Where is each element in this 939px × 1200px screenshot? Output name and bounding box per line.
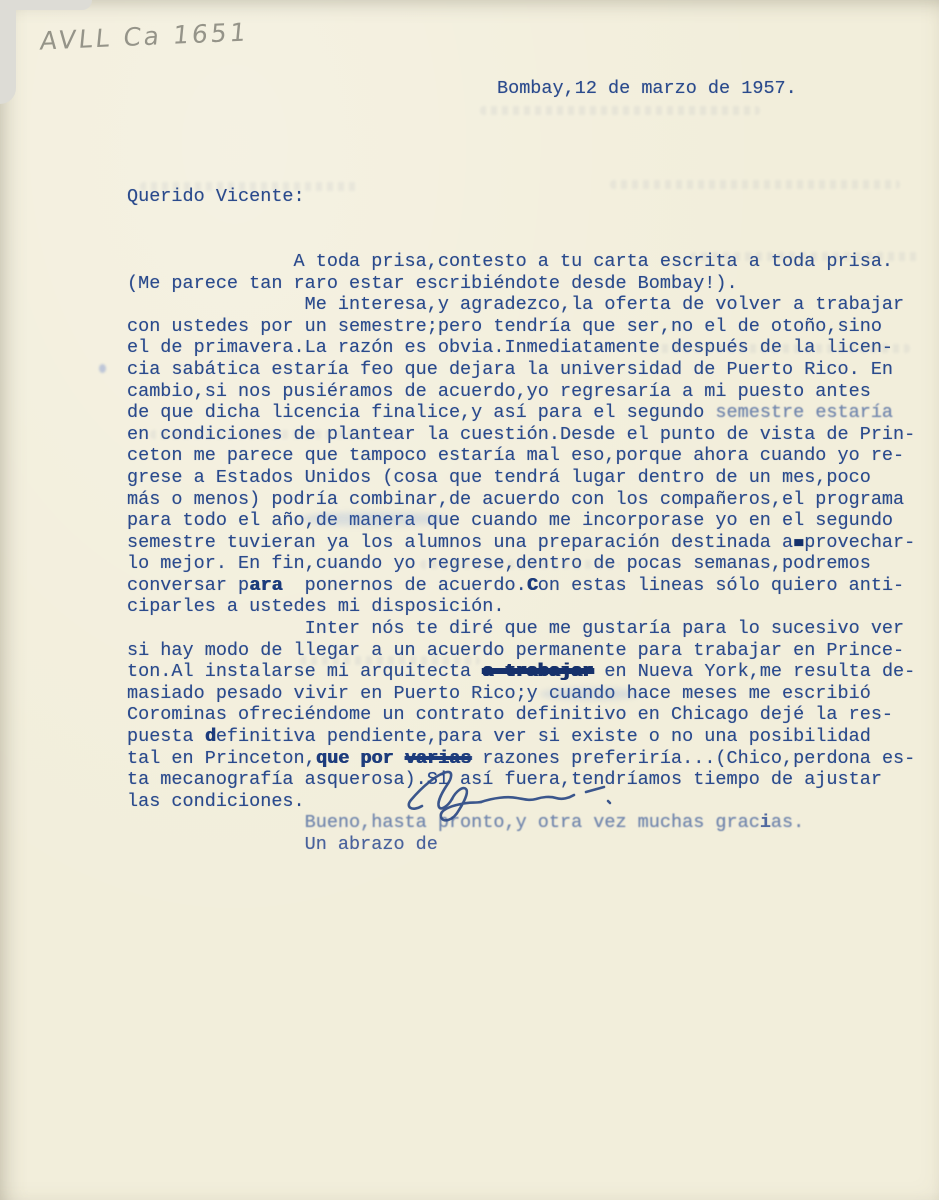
bleed-through-ghost bbox=[140, 182, 360, 191]
letter-line: masiado pesado vivir en Puerto Rico;y cu… bbox=[127, 683, 933, 705]
letter-line: Corominas ofreciéndome un contrato defin… bbox=[127, 704, 933, 726]
letter-line: conversar para ponernos de acuerdo.Con e… bbox=[127, 575, 933, 597]
archive-annotation: AVLL Ca 1651 bbox=[39, 17, 250, 55]
letter-line: ceton me parece que tampoco estaría mal … bbox=[127, 445, 933, 467]
bleed-through-ghost bbox=[690, 252, 920, 261]
letter-line: más o menos) podría combinar,de acuerdo … bbox=[127, 489, 933, 511]
scanned-letter-page: AVLL Ca 1651 Bombay,12 de marzo de 1957.… bbox=[0, 0, 939, 1200]
letter-line: ciparles a ustedes mi disposición. bbox=[127, 596, 933, 618]
bleed-through-ghost bbox=[150, 430, 400, 439]
letter-line: para todo el año,de manera que cuando me… bbox=[127, 510, 933, 532]
scan-corner-background bbox=[0, 0, 92, 10]
bleed-through-ghost bbox=[420, 560, 620, 569]
letter-line: (Me parece tan raro estar escribiéndote … bbox=[127, 273, 933, 295]
letter-line: puesta definitiva pendiente,para ver si … bbox=[127, 726, 933, 748]
dateline: Bombay,12 de marzo de 1957. bbox=[497, 78, 797, 100]
scan-corner-background bbox=[0, 0, 16, 104]
handwritten-signature-scrawl bbox=[400, 762, 650, 828]
bleed-through-ghost bbox=[640, 344, 910, 353]
letter-line: de que dicha licencia finalice,y así par… bbox=[127, 402, 933, 424]
letter-line: con ustedes por un semestre;pero tendría… bbox=[127, 316, 933, 338]
ink-speck bbox=[99, 364, 106, 373]
letter-line: si hay modo de llegar a un acuerdo perma… bbox=[127, 640, 933, 662]
letter-line: cia sabática estaría feo que dejara la u… bbox=[127, 359, 933, 381]
letter-line: ton.Al instalarse mi arquitecta a trabaj… bbox=[127, 661, 933, 683]
letter-line: Un abrazo de bbox=[127, 834, 933, 856]
letter-line: cambio,si nos pusiéramos de acuerdo,yo r… bbox=[127, 381, 933, 403]
bleed-through-ghost bbox=[610, 180, 900, 189]
letter-line: grese a Estados Unidos (cosa que tendrá … bbox=[127, 467, 933, 489]
ink-smudge bbox=[540, 688, 640, 700]
letter-line: Inter nós te diré que me gustaría para l… bbox=[127, 618, 933, 640]
ink-smudge bbox=[300, 512, 450, 526]
letter-line: semestre tuvieran ya los alumnos una pre… bbox=[127, 532, 933, 554]
letter-line: Me interesa,y agradezco,la oferta de vol… bbox=[127, 294, 933, 316]
bleed-through-ghost bbox=[300, 656, 480, 665]
bleed-through-ghost bbox=[480, 106, 760, 115]
